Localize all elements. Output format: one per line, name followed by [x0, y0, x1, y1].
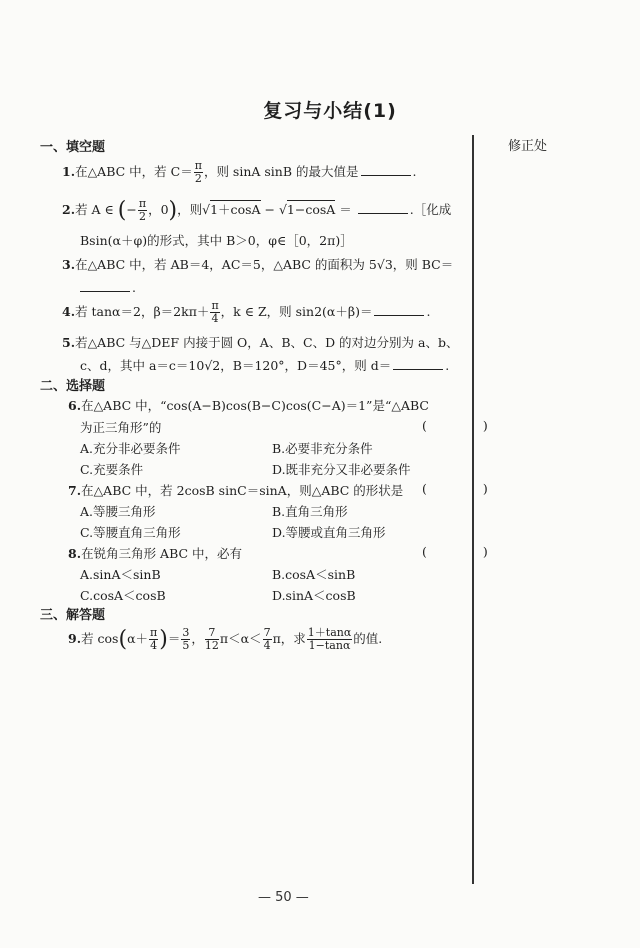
- question-number: 4.: [62, 304, 75, 319]
- q3-text: 在△ABC 中，若 AB＝4，AC＝5，△ABC 的面积为 5√3，则 BC＝: [75, 257, 453, 272]
- denominator: 1−tanα: [307, 640, 353, 652]
- vertical-divider: [472, 135, 474, 884]
- question-5: 5.若△ABC 与△DEF 内接于圆 O，A、B、C、D 的对边分别为 a、b、: [62, 333, 459, 351]
- page-title: 复习与小结(1): [0, 96, 640, 123]
- q2-text-a: 若 A ∈: [75, 202, 118, 217]
- q9-text-a: 若 cos: [81, 631, 118, 646]
- option-a[interactable]: A.sinA＜sinB: [80, 565, 161, 583]
- answer-blank[interactable]: [374, 305, 424, 316]
- question-8: 8.在锐角三角形 ABC 中，必有: [68, 544, 242, 562]
- option-c[interactable]: C.等腰直角三角形: [80, 523, 181, 541]
- minus-sign: −: [126, 202, 136, 217]
- q1-end: .: [413, 164, 417, 179]
- question-2: 2.若 A ∈ (−π2，0)，则√1＋cosA − √1−cosA ＝ .［化…: [62, 198, 451, 223]
- question-1: 1.在△ABC 中，若 C＝π2，则 sinA sinB 的最大值是.: [62, 160, 416, 185]
- question-number: 1.: [62, 164, 75, 179]
- q7-text: 在△ABC 中，若 2cosB sinC＝sinA，则△ABC 的形状是: [81, 483, 403, 498]
- inequality: π＜α＜: [220, 631, 262, 646]
- left-paren: (: [118, 627, 127, 652]
- question-7: 7.在△ABC 中，若 2cosB sinC＝sinA，则△ABC 的形状是: [68, 481, 403, 499]
- option-d[interactable]: D.等腰或直角三角形: [272, 523, 386, 541]
- question-number: 3.: [62, 257, 75, 272]
- equals: ＝: [168, 631, 181, 646]
- section-multiple-choice: 二、选择题: [40, 375, 105, 394]
- option-d[interactable]: D.sinA＜cosB: [272, 586, 356, 604]
- q6-text: 在△ABC 中，“cos(A−B)cos(B−C)cos(C−A)＝1”是“△A…: [81, 398, 429, 413]
- question-number: 6.: [68, 398, 81, 413]
- q9-end: 的值.: [353, 631, 382, 646]
- question-number: 9.: [68, 631, 81, 646]
- fraction: π4: [149, 627, 158, 652]
- answer-paren[interactable]: ( ): [422, 418, 514, 433]
- q8-text: 在锐角三角形 ABC 中，必有: [81, 546, 242, 561]
- fraction: 712: [205, 627, 219, 652]
- fraction: 35: [181, 627, 190, 652]
- question-9: 9.若 cos(α＋π4)＝35，712π＜α＜74π，求1＋tanα1−tan…: [68, 627, 382, 652]
- answer-blank[interactable]: [393, 359, 443, 370]
- question-3: 3.在△ABC 中，若 AB＝4，AC＝5，△ABC 的面积为 5√3，则 BC…: [62, 255, 453, 273]
- question-number: 2.: [62, 202, 75, 217]
- q2-text-c: ，则: [177, 202, 202, 217]
- answer-blank[interactable]: [361, 165, 411, 176]
- alpha-plus: α＋: [127, 631, 148, 646]
- fraction: 74: [263, 627, 272, 652]
- q4-text-b: ，k ∈ Z，则 sin2(α＋β)＝: [221, 304, 373, 319]
- separator: ，: [191, 631, 204, 646]
- q4-end: .: [426, 304, 430, 319]
- option-b[interactable]: B.cosA＜sinB: [272, 565, 355, 583]
- option-a[interactable]: A.充分非必要条件: [80, 439, 181, 457]
- q9-mid2: π，求: [273, 631, 306, 646]
- answer-paren[interactable]: ( ): [422, 544, 514, 559]
- radicand-2: 1−cosA: [287, 200, 335, 217]
- option-d[interactable]: D.既非充分又非必要条件: [272, 460, 411, 478]
- fraction: π2: [194, 160, 203, 185]
- denominator: 2: [194, 173, 203, 185]
- option-b[interactable]: B.直角三角形: [272, 502, 348, 520]
- answer-blank[interactable]: [358, 203, 408, 214]
- question-number: 8.: [68, 546, 81, 561]
- section-fill-in: 一、填空题: [40, 136, 105, 155]
- option-a[interactable]: A.等腰三角形: [80, 502, 156, 520]
- denominator: 4: [210, 313, 219, 325]
- q5-line2: c、d，其中 a＝c＝10√2，B＝120°，D＝45°，则 d＝: [80, 358, 391, 373]
- q1-text-b: ，则 sinA sinB 的最大值是: [204, 164, 359, 179]
- denominator: 5: [181, 640, 190, 652]
- q2-text-b: ，0: [148, 202, 168, 217]
- correction-area-label: 修正处: [508, 135, 547, 154]
- equals: ＝: [335, 202, 355, 217]
- sqrt-icon: √: [279, 202, 287, 217]
- sqrt-icon: √: [202, 202, 210, 217]
- q5-text: 若△ABC 与△DEF 内接于圆 O，A、B、C、D 的对边分别为 a、b、: [75, 335, 458, 350]
- fraction: π4: [210, 300, 219, 325]
- q1-text-a: 在△ABC 中，若 C＝: [75, 164, 193, 179]
- denominator: 4: [149, 640, 158, 652]
- option-c[interactable]: C.cosA＜cosB: [80, 586, 166, 604]
- q3-end: .: [132, 280, 136, 295]
- minus: −: [261, 202, 279, 217]
- q2-end: .［化成: [410, 202, 451, 217]
- q5-end: .: [445, 358, 449, 373]
- denominator: 2: [138, 211, 147, 223]
- question-2-line-2: Bsin(α＋φ)的形式，其中 B＞0，φ∈［0，2π)］: [80, 231, 353, 249]
- question-3-line-2: .: [80, 280, 136, 295]
- right-paren: ): [159, 627, 168, 652]
- radicand-1: 1＋cosA: [210, 200, 260, 217]
- denominator: 4: [263, 640, 272, 652]
- fraction: π2: [138, 198, 147, 223]
- question-number: 7.: [68, 483, 81, 498]
- fraction: 1＋tanα1−tanα: [307, 627, 353, 652]
- question-5-line-2: c、d，其中 a＝c＝10√2，B＝120°，D＝45°，则 d＝.: [80, 356, 449, 374]
- option-c[interactable]: C.充要条件: [80, 460, 143, 478]
- question-number: 5.: [62, 335, 75, 350]
- section-solutions: 三、解答题: [40, 604, 105, 623]
- denominator: 12: [205, 640, 219, 652]
- question-4: 4.若 tanα＝2，β＝2kπ＋π4，k ∈ Z，则 sin2(α＋β)＝.: [62, 300, 430, 325]
- page-number: — 50 —: [258, 890, 309, 905]
- answer-paren[interactable]: ( ): [422, 481, 514, 496]
- question-6: 6.在△ABC 中，“cos(A−B)cos(B−C)cos(C−A)＝1”是“…: [68, 396, 429, 414]
- option-b[interactable]: B.必要非充分条件: [272, 439, 373, 457]
- q4-text-a: 若 tanα＝2，β＝2kπ＋: [75, 304, 209, 319]
- question-6-line-2: 为正三角形”的: [80, 418, 161, 436]
- right-paren: ): [169, 198, 178, 223]
- answer-blank[interactable]: [80, 281, 130, 292]
